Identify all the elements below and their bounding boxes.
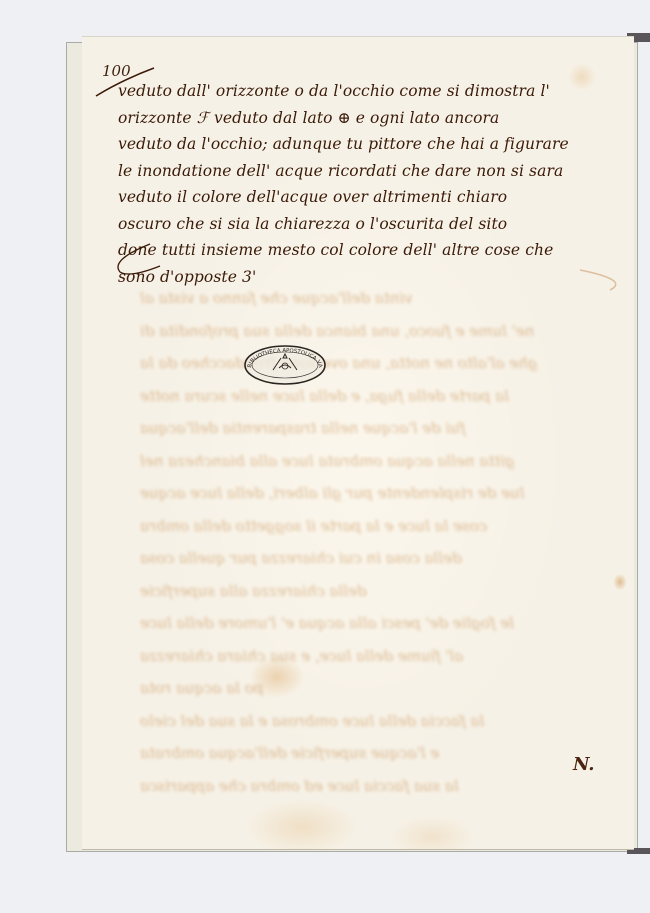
handwritten-line: done tutti insieme mesto col colore dell… xyxy=(118,237,638,264)
bleed-line: po la acqua rota xyxy=(140,672,620,705)
bleed-line: ghe al'alto ne notta, una ove sono frond… xyxy=(140,347,620,380)
bleed-line: ne' lume e fuoco, una bianca della sua p… xyxy=(140,315,620,348)
handwritten-line: veduto da l'occhio; adunque tu pittore c… xyxy=(118,131,638,158)
handwritten-line: veduto il colore dell'acque over altrime… xyxy=(118,184,638,211)
handwritten-line: sono d'opposte 3' xyxy=(118,264,638,291)
bleed-line: fui de l'acque nella trasparentia dell'a… xyxy=(140,412,620,445)
bleed-through-text: vinta dell'acque che fanno a vista al ne… xyxy=(140,282,620,802)
handwritten-line: veduto dall' orizzonte o da l'occhio com… xyxy=(118,78,638,105)
bleed-line: della chiarezza alla superficie xyxy=(140,575,620,608)
stamp-oval-icon: BIBLIOTHECA APOSTOLICA VATICANA xyxy=(243,344,327,386)
bleed-line: la sua faccia luce ed ombra che apparisc… xyxy=(140,770,620,803)
bleed-line: e l'acque superficie dell'acqua ombrata xyxy=(140,737,620,770)
handwritten-line: le inondatione dell' acque ricordati che… xyxy=(118,158,638,185)
handwritten-line: oscuro che si sia la chiarezza o l'oscur… xyxy=(118,211,638,238)
bleed-line: della cosa in cui chiarezza pur quella c… xyxy=(140,542,620,575)
library-stamp: BIBLIOTHECA APOSTOLICA VATICANA xyxy=(243,344,327,386)
bleed-line: la faccia della luce ombrosa e la sua de… xyxy=(140,705,620,738)
bleed-line: gitta nella acqua ombrata luce alla bian… xyxy=(140,445,620,478)
handwritten-text-block: veduto dall' orizzonte o da l'occhio com… xyxy=(118,78,638,290)
bleed-line: lue de risplendente pur gli alberi, dell… xyxy=(140,477,620,510)
marginal-mark: N. xyxy=(573,754,595,775)
handwritten-line: orizzonte ℱ veduto dal lato ⊕ e ogni lat… xyxy=(118,105,638,132)
bleed-line: le foglie de' pesci alla acqua e' l'umor… xyxy=(140,607,620,640)
bleed-line: cose la luce e la parte il soggetto dell… xyxy=(140,510,620,543)
bleed-line: al' fiume della luce, e sua chiara chiar… xyxy=(140,640,620,673)
bleed-line: la parte della fuga, e della luce nelle … xyxy=(140,380,620,413)
